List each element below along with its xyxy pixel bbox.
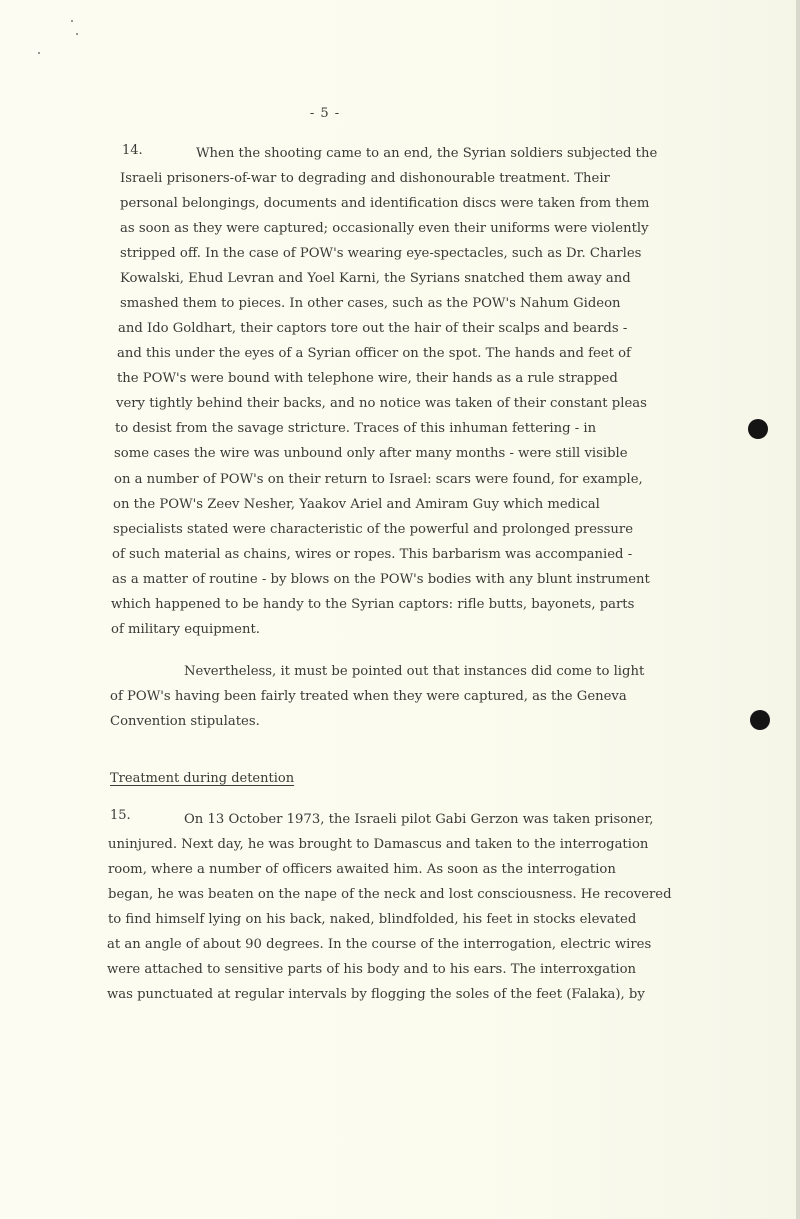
text-line: as soon as they were captured; occasiona… <box>120 221 649 237</box>
text-line: which happened to be handy to the Syrian… <box>111 597 634 613</box>
text-line: were attached to sensitive parts of his … <box>107 962 636 978</box>
paragraph-number: 14. <box>122 143 143 158</box>
text-line: When the shooting came to an end, the Sy… <box>196 146 657 162</box>
text-line: began, he was beaten on the nape of the … <box>108 887 672 903</box>
scan-speck <box>38 52 40 54</box>
punch-hole <box>748 419 768 439</box>
paragraph-number: 15. <box>110 808 131 823</box>
text-line: Convention stipulates. <box>110 714 260 730</box>
text-line: of such material as chains, wires or rop… <box>112 547 632 563</box>
text-line: uninjured. Next day, he was brought to D… <box>108 837 648 853</box>
scan-speck <box>76 33 78 35</box>
text-line: very tightly behind their backs, and no … <box>116 396 647 412</box>
text-line: to desist from the savage stricture. Tra… <box>115 421 596 437</box>
page-number: - 5 - <box>0 106 650 121</box>
text-line: at an angle of about 90 degrees. In the … <box>107 937 651 953</box>
text-line: and this under the eyes of a Syrian offi… <box>117 346 631 362</box>
text-line: Israeli prisoners-of-war to degrading an… <box>120 171 610 187</box>
text-line: specialists stated were characteristic o… <box>113 522 633 538</box>
section-heading: Treatment during detention <box>110 771 294 786</box>
text-line: Nevertheless, it must be pointed out tha… <box>184 664 644 680</box>
text-line: smashed them to pieces. In other cases, … <box>120 296 621 312</box>
text-line: and Ido Goldhart, their captors tore out… <box>118 321 627 337</box>
text-line: room, where a number of officers awaited… <box>108 862 616 878</box>
text-line: On 13 October 1973, the Israeli pilot Ga… <box>184 812 654 828</box>
text-line: on the POW's Zeev Nesher, Yaakov Ariel a… <box>113 497 600 513</box>
text-line: as a matter of routine - by blows on the… <box>112 572 650 588</box>
document-page: - 5 - 14. When the shooting came to an e… <box>0 0 800 1219</box>
text-line: of military equipment. <box>111 622 260 638</box>
punch-hole <box>750 710 770 730</box>
text-line: was punctuated at regular intervals by f… <box>107 987 645 1003</box>
text-line: of POW's having been fairly treated when… <box>110 689 627 705</box>
text-line: the POW's were bound with telephone wire… <box>117 371 618 387</box>
page-edge <box>796 0 800 1219</box>
text-line: stripped off. In the case of POW's weari… <box>120 246 641 262</box>
text-line: to find himself lying on his back, naked… <box>108 912 636 928</box>
text-line: Kowalski, Ehud Levran and Yoel Karni, th… <box>120 271 631 287</box>
text-line: personal belongings, documents and ident… <box>120 196 649 212</box>
text-line: on a number of POW's on their return to … <box>114 472 643 488</box>
scan-speck <box>71 20 73 22</box>
text-line: some cases the wire was unbound only aft… <box>114 446 628 462</box>
